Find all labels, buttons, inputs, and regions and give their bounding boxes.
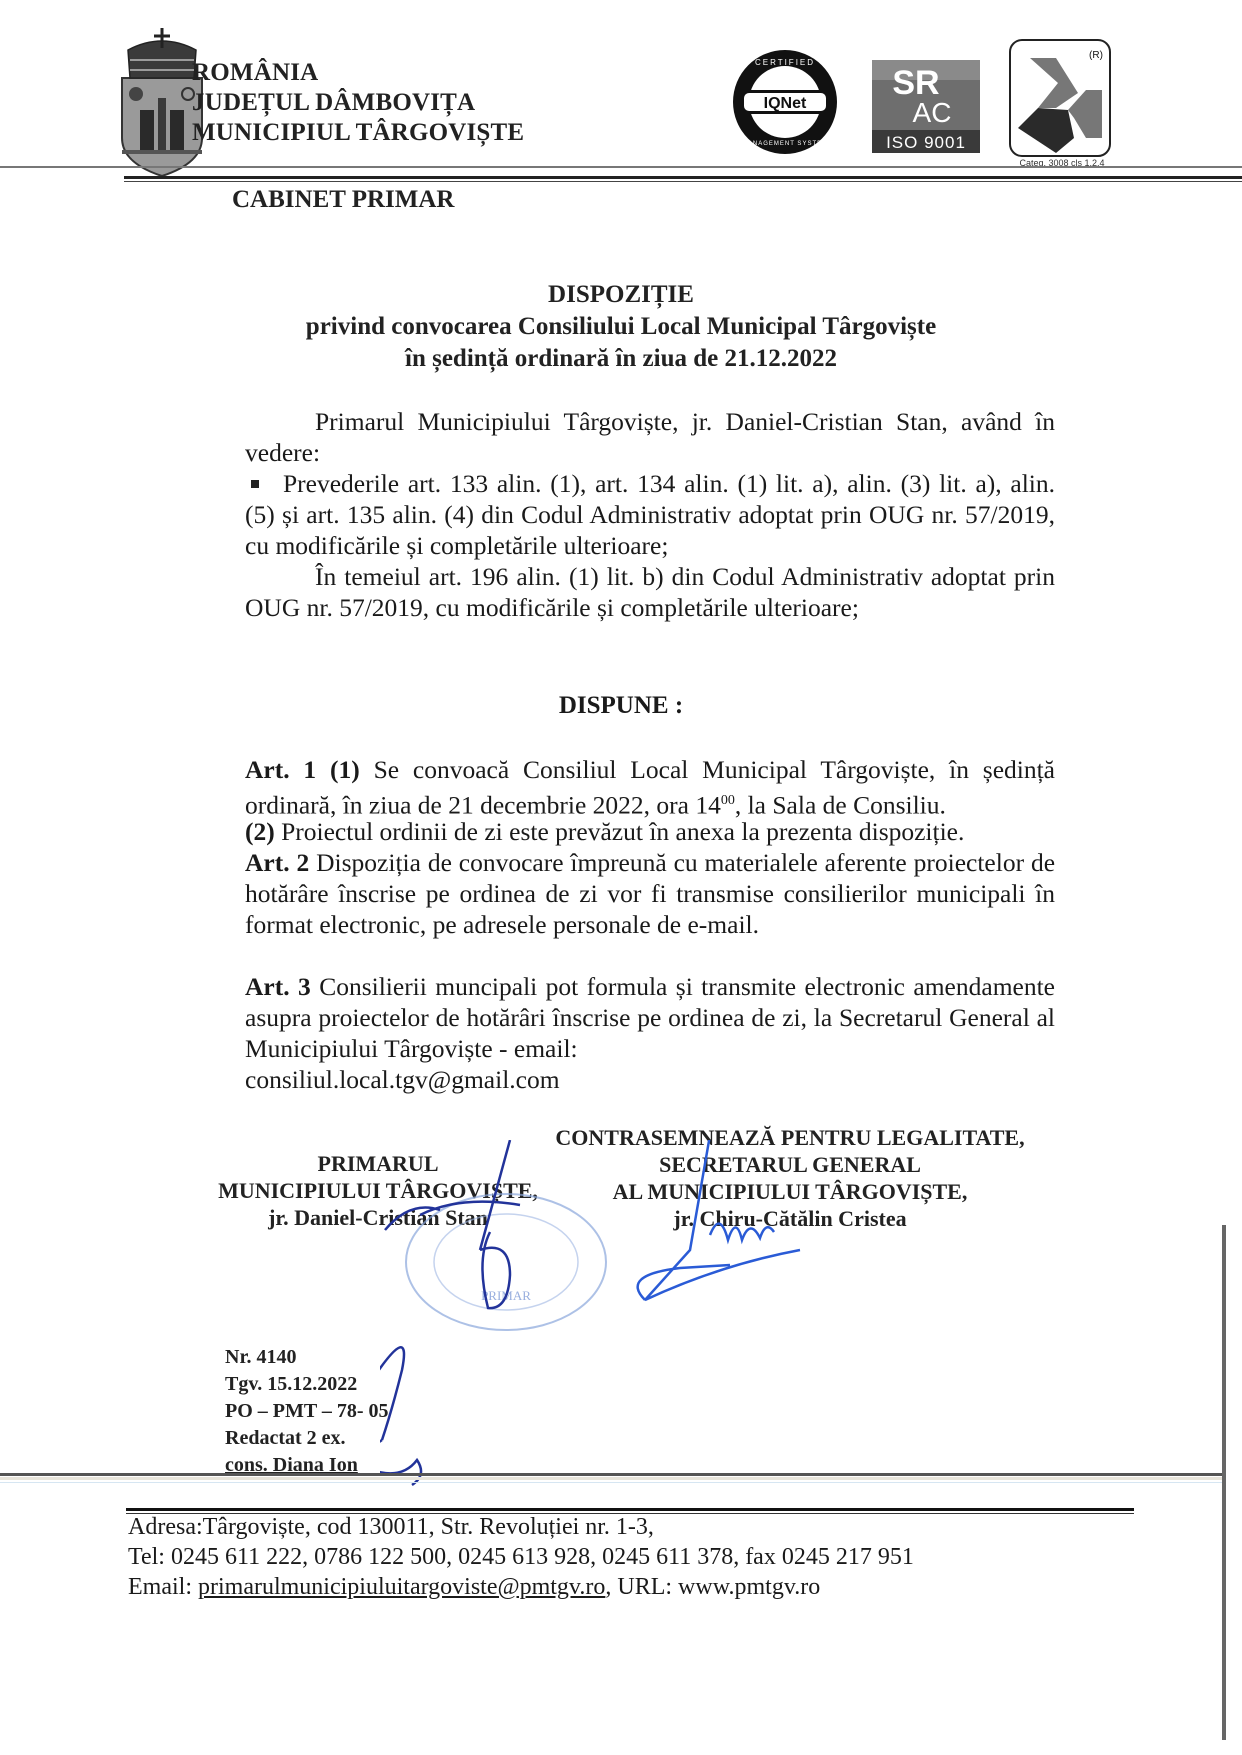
bullet-icon bbox=[251, 480, 259, 488]
footer-double-rule bbox=[126, 1508, 1134, 1511]
document-type-heading: DISPOZIȚIE bbox=[0, 281, 1242, 309]
footer-scan-edge bbox=[0, 1473, 1222, 1476]
mayor-title: PRIMARUL bbox=[208, 1150, 548, 1177]
official-stamp-icon: PRIMAR bbox=[400, 1190, 612, 1335]
article-1-para-2-text: Proiectul ordinii de zi este prevăzut în… bbox=[281, 817, 964, 846]
header-county: JUDEȚUL DÂMBOVIȚA bbox=[192, 88, 475, 118]
header-divider bbox=[0, 166, 1242, 168]
x-quality-mark-icon: (R) bbox=[1008, 38, 1112, 158]
article-2-label: Art. 2 bbox=[245, 848, 309, 877]
article-1-label: Art. 1 bbox=[245, 755, 316, 784]
svg-text:AC: AC bbox=[913, 97, 952, 128]
document-subject-line2: în ședință ordinară în ziua de 21.12.202… bbox=[0, 345, 1242, 373]
footer-email-label: Email: bbox=[128, 1574, 198, 1600]
article-1-para-2-label: (2) bbox=[245, 817, 275, 846]
srac-iso9001-icon: SR AC ISO 9001 bbox=[872, 60, 980, 153]
svg-text:(R): (R) bbox=[1089, 50, 1103, 61]
footer-email-link[interactable]: primarulmunicipiuluitargoviste@pmtgv.ro bbox=[198, 1574, 605, 1600]
header-double-rule bbox=[124, 176, 1242, 179]
header-double-rule-thin bbox=[124, 181, 1242, 182]
preamble-bullet: Prevederile art. 133 alin. (1), art. 134… bbox=[245, 468, 1055, 561]
preamble-basis: În temeiul art. 196 alin. (1) lit. b) di… bbox=[245, 561, 1055, 623]
header-municipality: MUNICIPIUL TÂRGOVIȘTE bbox=[192, 118, 524, 148]
procedure-code: PO – PMT – 78- 05 bbox=[225, 1398, 389, 1425]
article-3: Art. 3 Consilierii muncipali pot formula… bbox=[245, 971, 1055, 1064]
scan-page-edge bbox=[1222, 1225, 1226, 1740]
footer-url[interactable]: www.pmtgv.ro bbox=[678, 1574, 820, 1600]
footer-contact: Email: primarulmunicipiuluitargoviste@pm… bbox=[128, 1572, 820, 1602]
dispune-heading: DISPUNE : bbox=[0, 692, 1242, 720]
document-subject-line1: privind convocarea Consiliului Local Mun… bbox=[0, 313, 1242, 341]
article-1-paragraph-1: Art. 1 (1) Se convoacă Consiliul Local M… bbox=[245, 754, 1055, 821]
svg-text:IQNet: IQNet bbox=[764, 95, 807, 112]
footer-url-label: , URL: bbox=[605, 1574, 678, 1600]
preamble-bullet-text: Prevederile art. 133 alin. (1), art. 134… bbox=[245, 469, 1055, 560]
article-3-email[interactable]: consiliul.local.tgv@gmail.com bbox=[245, 1064, 1055, 1095]
department-label: CABINET PRIMAR bbox=[232, 186, 454, 214]
preamble-intro: Primarul Municipiului Târgoviște, jr. Da… bbox=[245, 406, 1055, 468]
svg-text:PRIMAR: PRIMAR bbox=[481, 1288, 531, 1303]
document-date: Tgv. 15.12.2022 bbox=[225, 1371, 357, 1398]
iqnet-certification-icon: IQNet CERTIFIED MANAGEMENT SYSTEM bbox=[730, 47, 840, 157]
footer-scan-edge-shadow bbox=[0, 1477, 1222, 1480]
article-3-label: Art. 3 bbox=[245, 972, 311, 1001]
header-country: ROMÂNIA bbox=[192, 58, 318, 88]
svg-text:ISO 9001: ISO 9001 bbox=[886, 133, 966, 152]
article-2-text: Dispoziția de convocare împreună cu mate… bbox=[245, 848, 1055, 939]
footer-address: Adresa:Târgoviște, cod 130011, Str. Revo… bbox=[128, 1512, 654, 1542]
copies-count: Redactat 2 ex. bbox=[225, 1425, 346, 1452]
footer-scan-edge-tint bbox=[0, 1482, 1222, 1483]
meeting-time-minutes: 00 bbox=[721, 793, 735, 808]
article-1-paragraph-2: (2) Proiectul ordinii de zi este prevăzu… bbox=[245, 816, 1055, 847]
countersign-title: CONTRASEMNEAZĂ PENTRU LEGALITATE, bbox=[520, 1124, 1060, 1151]
document-number: Nr. 4140 bbox=[225, 1344, 296, 1371]
article-2: Art. 2 Dispoziția de convocare împreună … bbox=[245, 847, 1055, 940]
footer-phones: Tel: 0245 611 222, 0786 122 500, 0245 61… bbox=[128, 1542, 914, 1572]
article-3-text: Consilierii muncipali pot formula și tra… bbox=[245, 972, 1055, 1063]
secretary-title: SECRETARUL GENERAL bbox=[520, 1151, 1060, 1178]
article-1-para-1-label: (1) bbox=[330, 755, 360, 784]
svg-text:MANAGEMENT SYSTEM: MANAGEMENT SYSTEM bbox=[742, 141, 828, 147]
svg-text:CERTIFIED: CERTIFIED bbox=[755, 58, 815, 67]
